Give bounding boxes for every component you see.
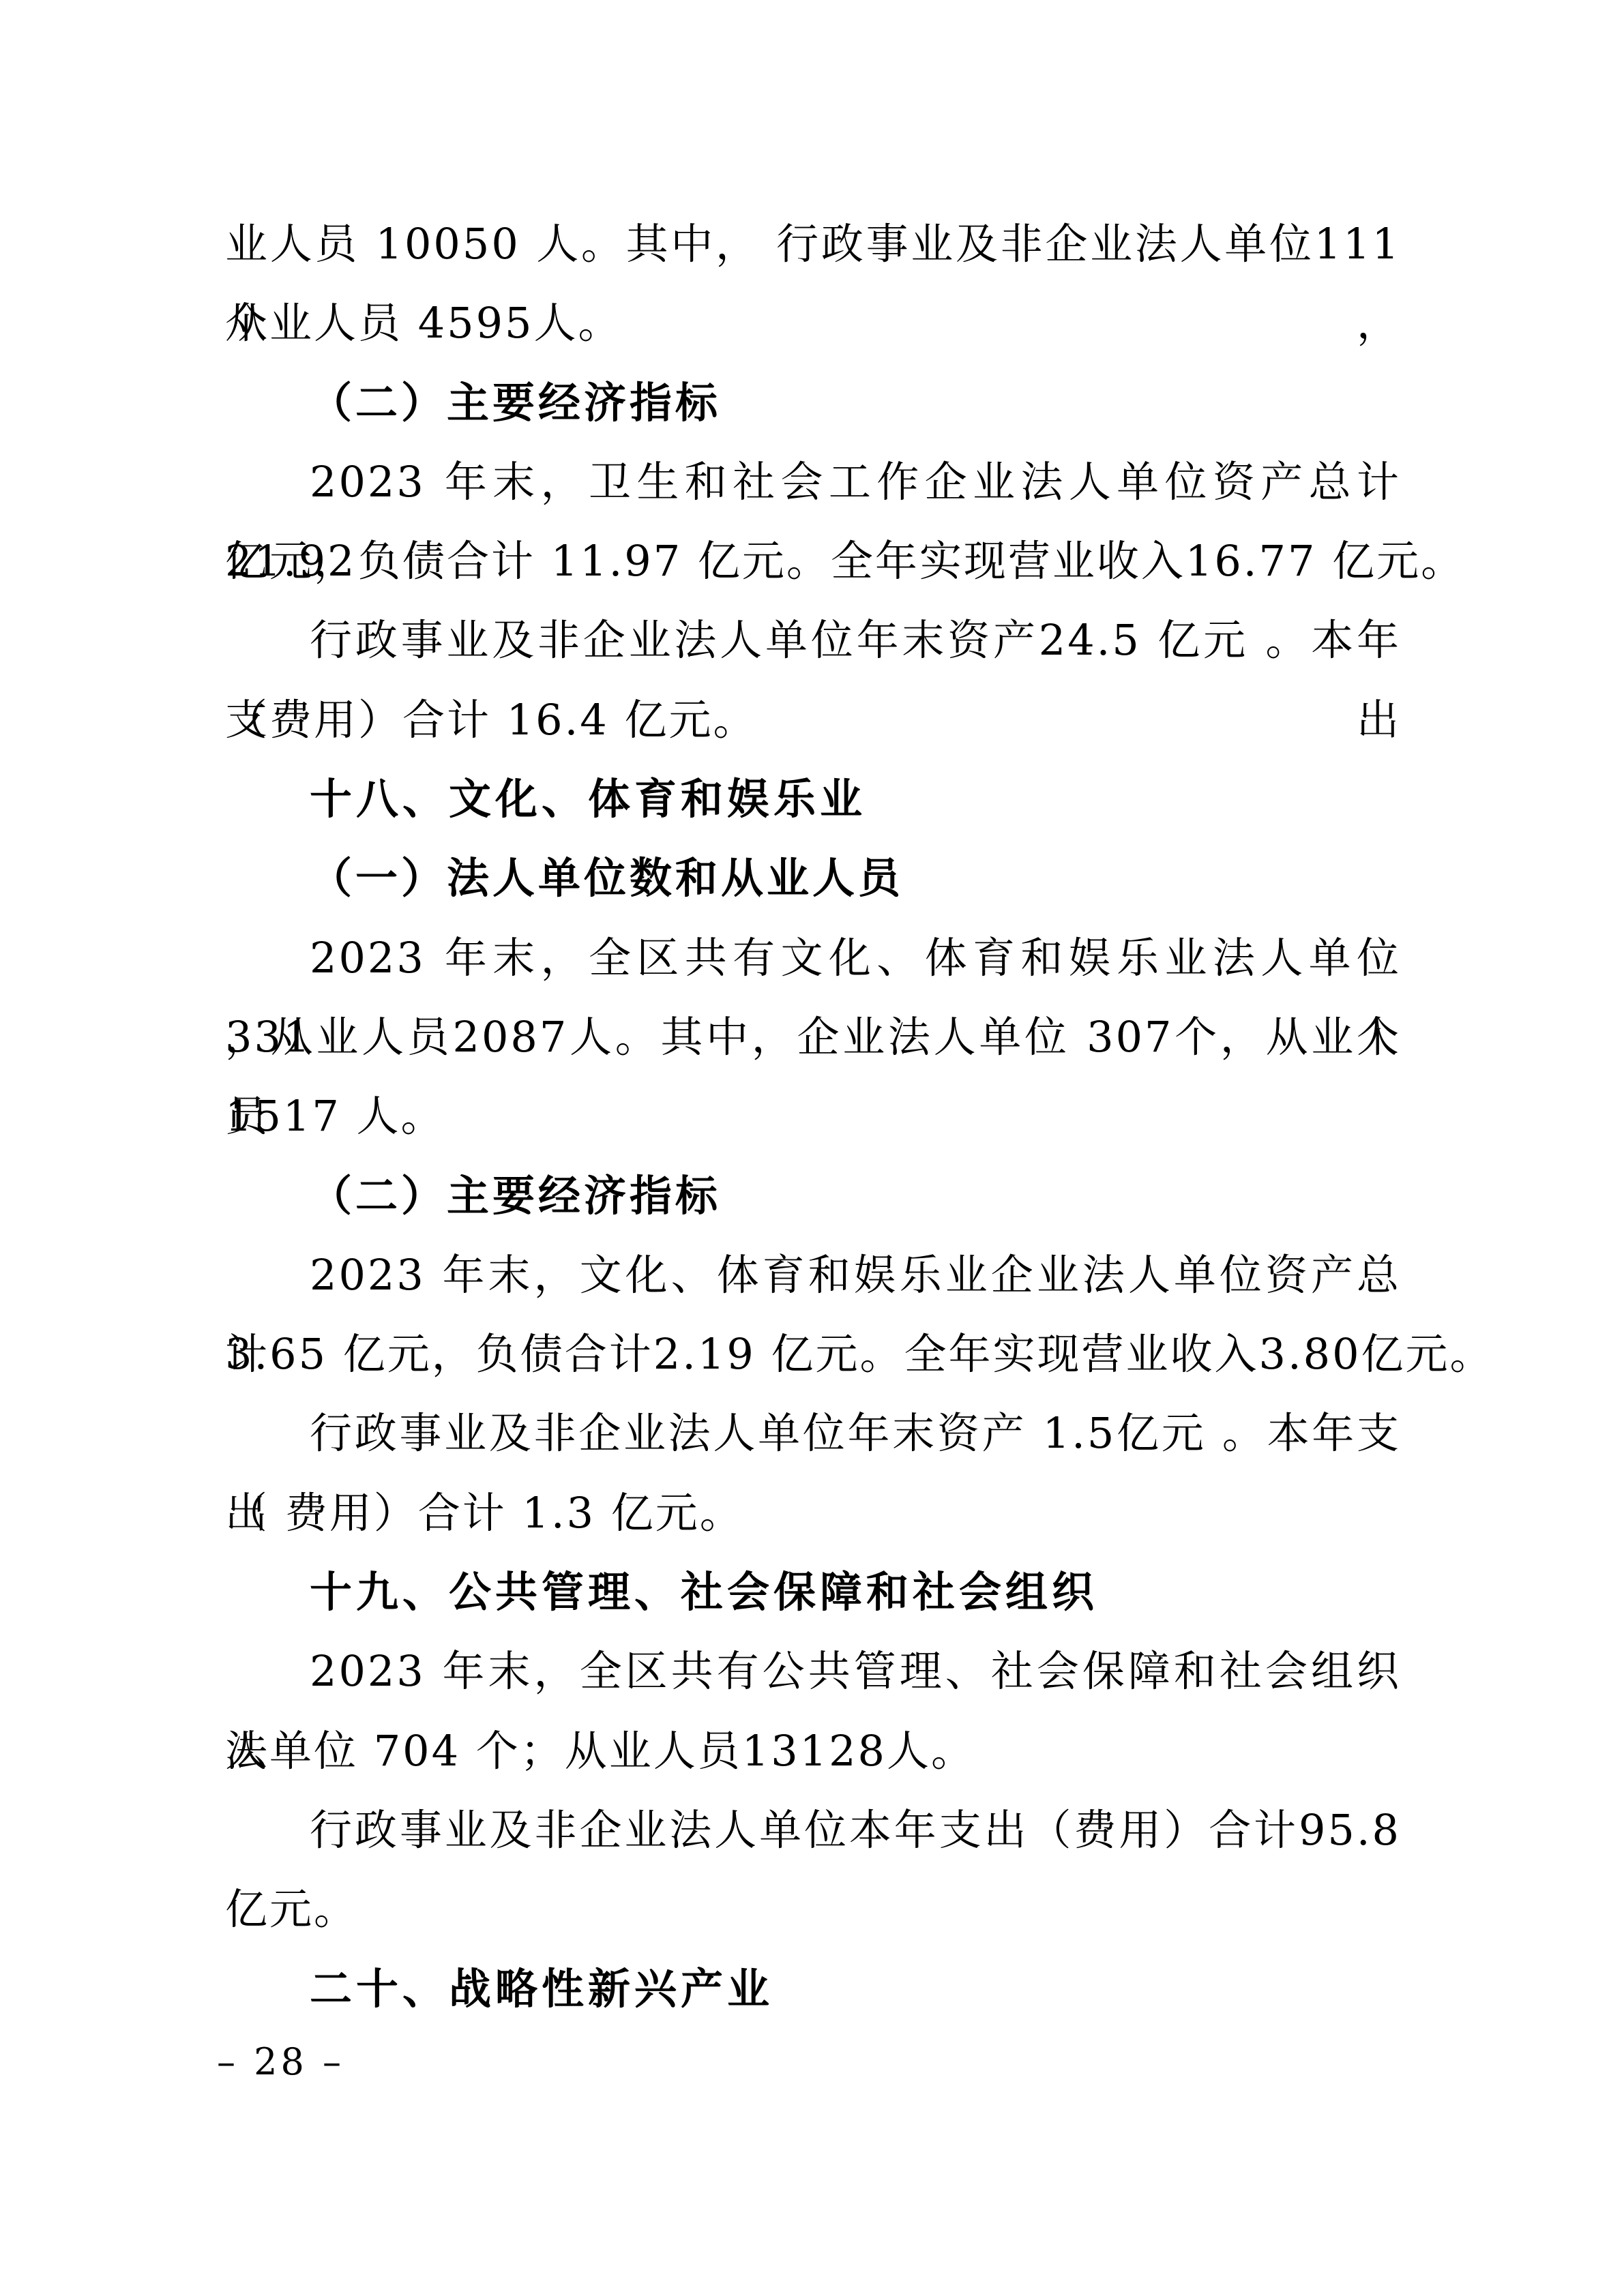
text-line: 亿元，负债合计 11.97 亿元。全年实现营业收入16.77 亿元。 [225,522,1401,601]
heading-section-20: 二十、战略性新兴产业 [225,1950,1401,2029]
subheading-economic-indicators-2: （二）主要经济指标 [225,1157,1401,1236]
subheading-legal-units-employees: （一）法人单位数和从业人员 [225,839,1401,918]
text-line: 人单位 704 个；从业人员13128人。 [225,1712,1401,1791]
text-line: 2023 年末，全区共有公共管理、社会保障和社会组织法 [225,1632,1401,1711]
text-line: 2023 年末，卫生和社会工作企业法人单位资产总计 21.92 [225,443,1401,522]
text-line: 2023 年末，全区共有文化、体育和娱乐业法人单位 331个 [225,919,1401,998]
heading-section-19: 十九、公共管理、社会保障和社会组织 [225,1553,1401,1632]
text-line: 亿元。 [225,1870,1401,1949]
text-line: 行政事业及非企业法人单位年末资产24.5 亿元 。本年支出 [225,601,1401,680]
text-line: 1517 人。 [225,1077,1401,1156]
heading-section-18: 十八、文化、体育和娱乐业 [225,760,1401,839]
subheading-economic-indicators: （二）主要经济指标 [225,363,1401,443]
text-line: 2023 年末，文化、体育和娱乐业企业法人单位资产总计 [225,1236,1401,1315]
text-line: 行政事业及非企业法人单位本年支出（费用）合计95.8 [225,1791,1401,1870]
text-line: ，从业人员2087人。其中，企业法人单位 307个，从业人员 [225,998,1401,1077]
text-line: （ 费用）合计 1.3 亿元。 [225,1474,1401,1553]
text-line: 3.65 亿元，负债合计2.19 亿元。全年实现营业收入3.80亿元。 [225,1315,1401,1394]
body-text-block: 业人员 10050 人。其中， 行政事业及非企业法人单位111 个， 从业人员 … [225,205,1401,2029]
document-page: { "page": { "page_number": "– 28 –", "li… [0,0,1624,2296]
page-number: – 28 – [217,2040,344,2083]
text-line: 行政事业及非企业法人单位年末资产 1.5亿元 。本年支出 [225,1394,1401,1473]
text-line: 业人员 10050 人。其中， 行政事业及非企业法人单位111 个， [225,205,1401,284]
